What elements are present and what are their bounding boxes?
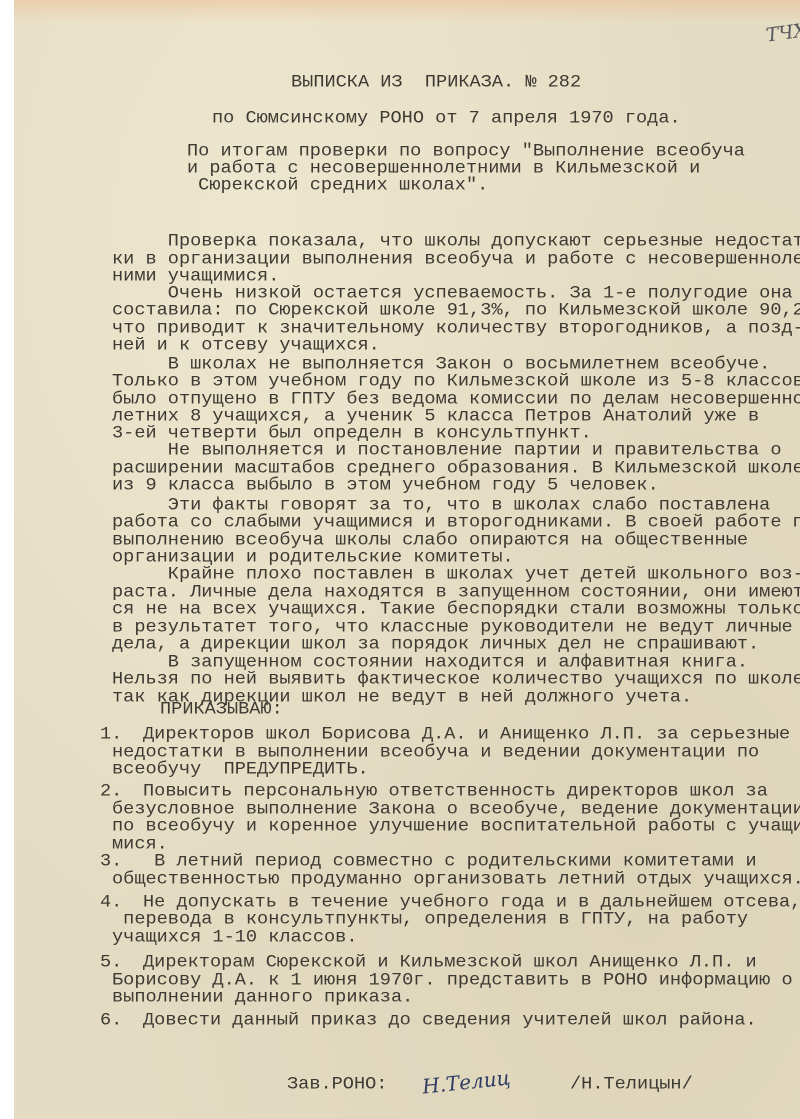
body-line: ся не на всех учащихся. Такие беспорядки… [112,601,800,618]
order-item-line: общественностью продуманно организовать … [112,871,800,888]
body-line: работа со слабыми учащимися и второгодни… [112,514,800,531]
order-item-number: 2. [100,783,122,800]
order-item-number: 6. [100,1012,122,1029]
signature-position: Зав.РОНО: [287,1076,387,1093]
order-item-line: Повысить персональную ответственность ди… [143,783,768,800]
document-page: ТЧХ ВЫПИСКА ИЗ ПРИКАЗА. № 282по Сюмсинск… [14,0,800,1119]
document-title: ВЫПИСКА ИЗ ПРИКАЗА. № 282 [291,74,581,91]
body-line: Проверка показала, что школы допускают с… [112,233,800,250]
body-line: Нельзя по ней выявить фактическое количе… [112,671,800,688]
order-item-line: перевода в консультпункты, определения в… [112,911,748,928]
order-item-number: 1. [100,726,122,743]
handwritten-signature: Н.Телиц [421,1065,512,1098]
order-item-line: всеобучу ПРЕДУПРЕДИТЬ. [112,761,369,778]
order-item-line: Директоров школ Борисова Д.А. и Анищенко… [143,726,790,743]
signatory-name: /Н.Телицын/ [570,1076,693,1093]
subject-line: Сюрекской средних школах". [187,177,488,194]
body-line: ней и к отсеву учащихся. [112,337,380,354]
order-item-line: В летний период совместно с родительским… [143,853,757,870]
order-item-line: Довести данный приказ до сведения учител… [143,1012,757,1029]
document-subtitle: по Сюмсинскому РОНО от 7 апреля 1970 год… [212,110,681,127]
body-line: Только в этом учебном году по Кильмезско… [112,373,800,390]
body-line: из 9 класса выбыло в этом учебном году 5… [112,477,659,494]
order-item-number: 3. [100,853,122,870]
order-item-line: Директорам Сюрекской и Кильмезской школ … [143,954,757,971]
body-line: дела, а дирекции школ за порядок личных … [112,636,759,653]
body-line: Крайне плохо поставлен в школах учет дет… [112,566,800,583]
order-item-line: учащихся 1-10 классов. [112,929,357,946]
order-item-line: выполнении данного приказа. [112,989,413,1006]
order-item-number: 5. [100,954,122,971]
body-line: Не выполняется и постановление партии и … [112,442,781,459]
corner-annotation: ТЧХ [765,19,800,46]
order-item-line: по всеобучу и коренное улучшение воспита… [112,818,800,835]
body-line: составила: по Сюрекской школе 91,3%, по … [112,302,800,319]
order-heading: ПРИКАЗЫВАЮ: [160,701,283,718]
